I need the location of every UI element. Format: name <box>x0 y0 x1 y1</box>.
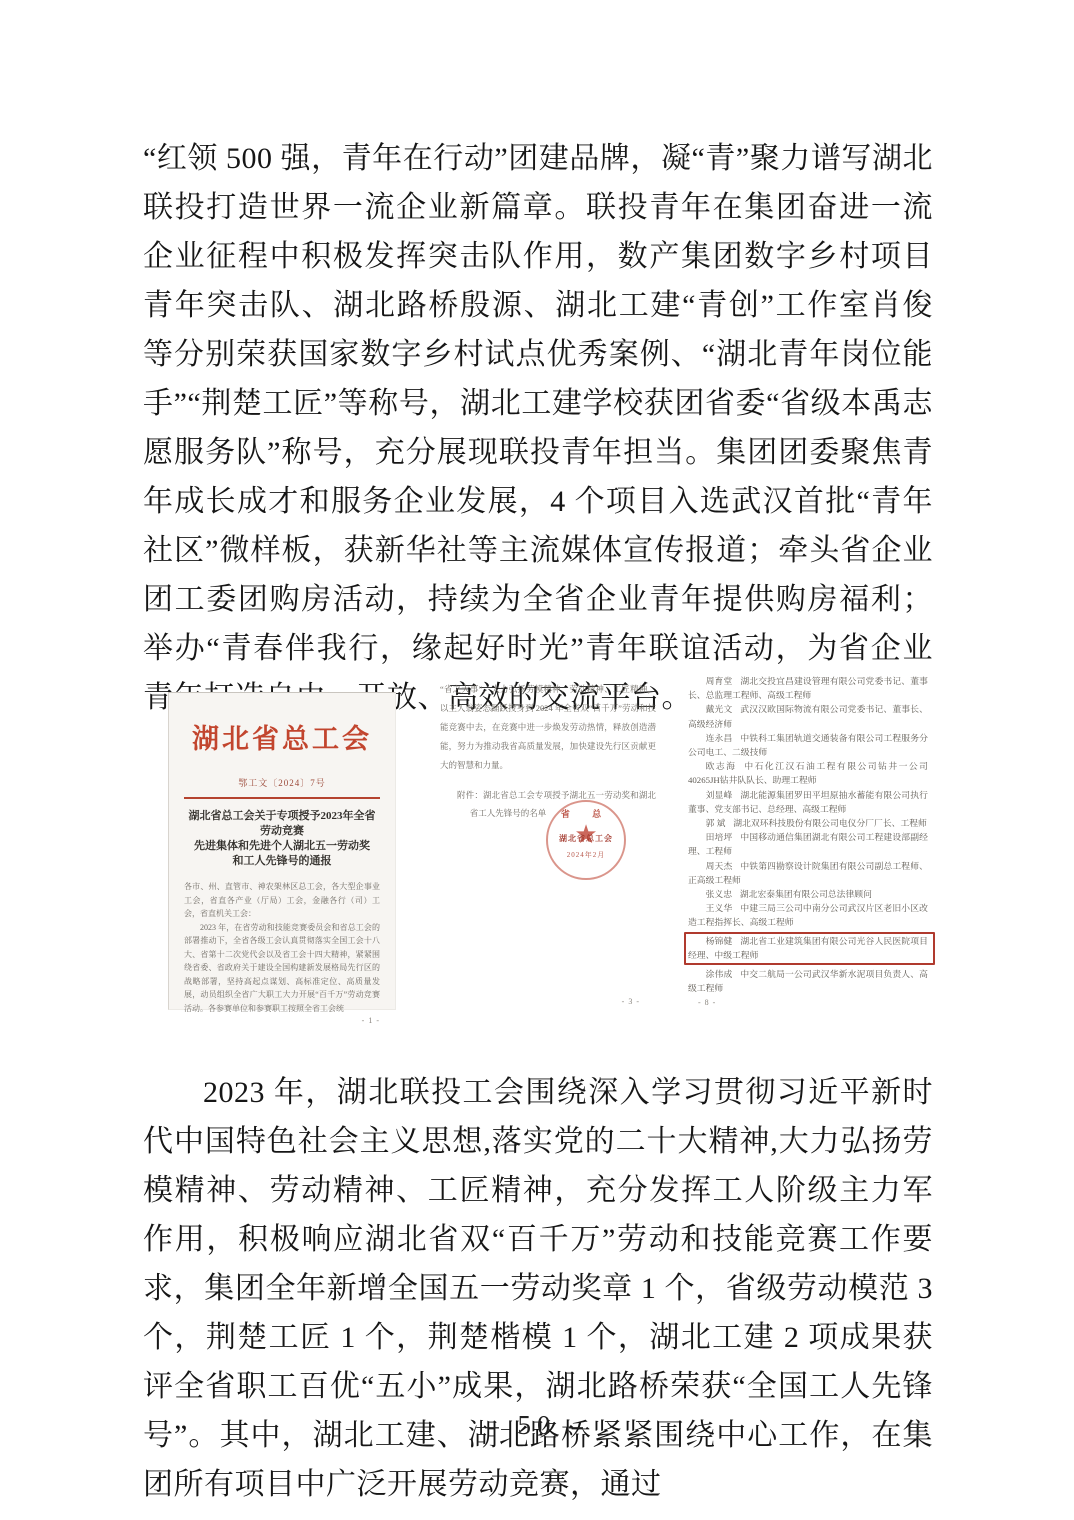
honoree-name: 周天杰 <box>706 861 733 871</box>
honoree-desc: 湖北双环科技股份有限公司电仪分厂厂长、工程师 <box>733 818 927 828</box>
honor-list-entry: 刘显峰湖北能源集团罗田平坦原抽水蓄能有限公司执行董事、党支部书记、总经理、高级工… <box>688 788 928 816</box>
honor-list-entry: 郭 斌湖北双环科技股份有限公司电仪分厂厂长、工程师 <box>688 816 928 830</box>
document-page: { "colors":{ "accent_red":"#c2452e", "hi… <box>0 0 1074 1520</box>
honoree-name: 王义华 <box>706 903 733 913</box>
union-masthead: 湖北省总工会 <box>184 717 380 756</box>
notice-title-line3: 和工人先锋号的通报 <box>184 854 380 869</box>
official-seal: 省 总 ★ 湖北省总工会 2024年2月 <box>546 800 626 880</box>
scan-page-1: 湖北省总工会 鄂工文〔2024〕7号 湖北省总工会关于专项授予2023年全省劳动… <box>168 692 396 1010</box>
notice-body-text: 2023 年，在省劳动和技能竞赛委员会和省总工会的部署推动下，全省各级工会认真贯… <box>184 921 380 1016</box>
notice-title: 湖北省总工会关于专项授予2023年全省劳动竞赛 先进集体和先进个人湖北五一劳动奖… <box>184 809 380 869</box>
notice-body: 各市、州、直管市、神农架林区总工会，各大型企事业工会，省直各产业（厅局）工会，金… <box>184 880 380 1015</box>
paragraph-top: “红领 500 强，青年在行动”团建品牌，凝“青”聚力谱写湖北联投打造世界一流企… <box>143 134 933 722</box>
honoree-name: 张义忠 <box>706 889 732 899</box>
notice-title-line1: 湖北省总工会关于专项授予2023年全省劳动竞赛 <box>184 809 380 839</box>
scan-page-3: “省之大事”，大力弘扬劳模精神、劳动精神、工匠精神，以主人翁姿态踊跃投身到 20… <box>440 680 656 1014</box>
honoree-name: 涂伟成 <box>706 969 733 979</box>
honor-list-entry: 王义华中建三局三公司中南分公司武汉片区老旧小区改造工程指挥长、高级工程师 <box>688 901 928 929</box>
honoree-name: 连永昌 <box>706 733 733 743</box>
honoree-name: 刘显峰 <box>706 790 733 800</box>
seal-arc-text: 省 总 <box>546 807 626 820</box>
scan-page-8: 周育堂湖北交投宜昌建设管理有限公司党委书记、董事长、总监理工程师、高级工程师 戴… <box>688 674 928 1020</box>
scan-page-3-number: - 3 - <box>622 997 640 1006</box>
highlighted-honor-entry: 杨锦健湖北省工业建筑集团有限公司光谷人民医院项目经理、中级工程师 <box>684 932 935 965</box>
honoree-name: 田培坪 <box>706 832 733 842</box>
honor-list-entry: 田培坪中国移动通信集团湖北有限公司工程建设部副经理、工程师 <box>688 830 928 858</box>
honor-list-entry: 涂伟成中交二航局一公司武汉华新水泥项目负责人、高级工程师 <box>688 967 928 995</box>
seal-date-text: 2024年2月 <box>546 850 626 860</box>
honor-list-entry: 连永昌中铁科工集团轨道交通装备有限公司工程服务分公司电工、二级技师 <box>688 731 928 759</box>
honor-list-entry: 周天杰中铁第四勘察设计院集团有限公司副总工程师、正高级工程师 <box>688 859 928 887</box>
honoree-desc: 湖北宏泰集团有限公司总法律顾问 <box>740 889 872 899</box>
honor-list-entry: 张义忠湖北宏泰集团有限公司总法律顾问 <box>688 887 928 901</box>
paragraph-bottom: 2023 年，湖北联投工会围绕深入学习贯彻习近平新时代中国特色社会主义思想,落实… <box>143 1068 933 1509</box>
honoree-name: 戴光文 <box>706 704 733 714</box>
notice-continuation-text: “省之大事”，大力弘扬劳模精神、劳动精神、工匠精神，以主人翁姿态踊跃投身到 20… <box>440 680 656 775</box>
page-number-footer: – 50 – <box>0 1410 1074 1441</box>
scan-page-8-number: - 8 - <box>688 998 928 1007</box>
honor-list-entry: 周育堂湖北交投宜昌建设管理有限公司党委书记、董事长、总监理工程师、高级工程师 <box>688 674 928 702</box>
honoree-name: 欧志海 <box>706 761 737 771</box>
embedded-scan-figure: 湖北省总工会 鄂工文〔2024〕7号 湖北省总工会关于专项授予2023年全省劳动… <box>158 668 930 1020</box>
honoree-name: 周育堂 <box>706 676 733 686</box>
scan-page-1-number: - 1 - <box>184 1016 380 1025</box>
doc-number: 鄂工文〔2024〕7号 <box>184 776 380 789</box>
honoree-name: 郭 斌 <box>706 818 726 828</box>
seal-org-text: 湖北省总工会 <box>546 833 626 844</box>
notice-salutation: 各市、州、直管市、神农架林区总工会，各大型企事业工会，省直各产业（厅局）工会，金… <box>184 880 380 921</box>
honoree-name: 杨锦健 <box>706 936 733 946</box>
notice-title-line2: 先进集体和先进个人湖北五一劳动奖 <box>184 839 380 854</box>
honor-list-entry: 戴光文武汉汉欧国际物流有限公司党委书记、董事长、高级经济师 <box>688 702 928 730</box>
red-divider <box>184 797 380 799</box>
honor-list-entry: 欧志海中石化江汉石油工程有限公司钻井一公司40265JH钻井队队长、助理工程师 <box>688 759 928 787</box>
